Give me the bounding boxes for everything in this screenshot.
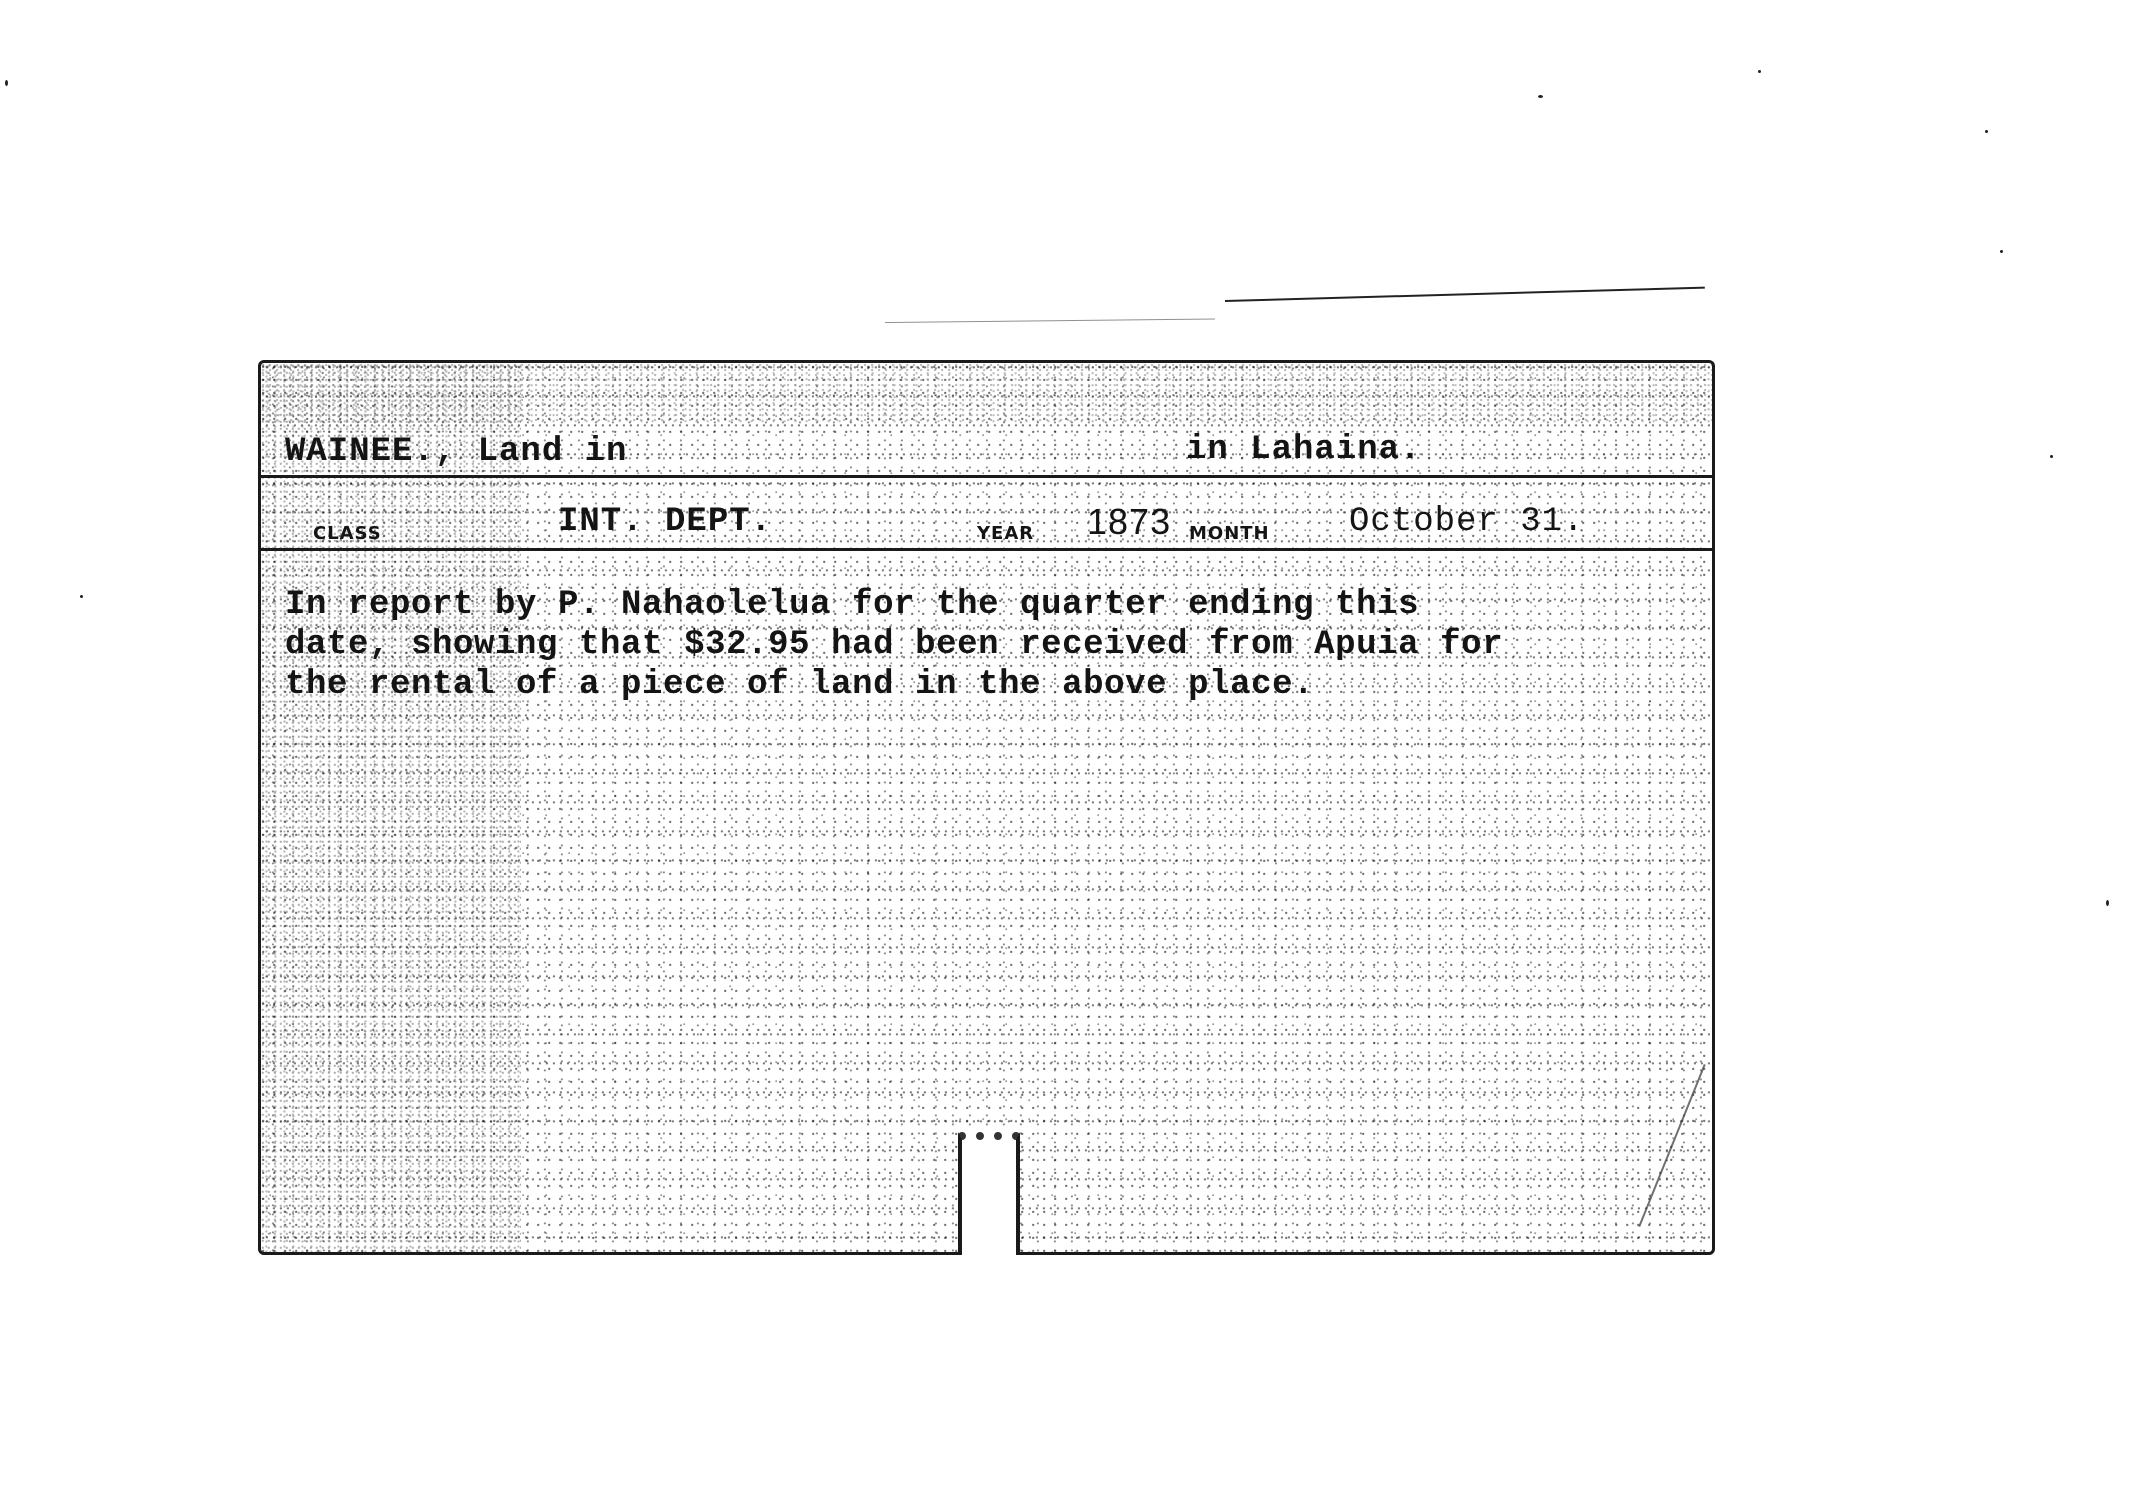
body-line: date, showing that $32.95 had been recei… [285,625,1695,665]
card-subject: WAINEE., Land in [285,433,627,471]
body-line: In report by P. Nahaolelua for the quart… [285,585,1695,625]
body-line: the rental of a piece of land in the abo… [285,665,1695,705]
scan-speck [2000,250,2003,253]
scan-artifact-line [885,319,1215,323]
scan-speck [2050,455,2053,458]
scan-speck [1538,95,1543,98]
scan-speck [2106,900,2109,906]
class-value: INT. DEPT. [558,503,772,541]
pen-scratch-mark [1638,1064,1705,1227]
card-location: in Lahaina. [1186,431,1421,469]
card-tab-notch [958,1132,1020,1255]
year-value: 1873 [1087,501,1171,543]
scan-speck [1758,70,1761,73]
index-card: WAINEE., Land in in Lahaina. CLASS INT. … [258,360,1715,1255]
card-body: In report by P. Nahaolelua for the quart… [285,585,1695,705]
scan-speck [1985,130,1988,133]
card-shading [261,363,1712,423]
scan-speck [5,80,8,86]
date-value: October 31. [1349,503,1584,541]
scan-artifact-line [1225,287,1705,302]
month-label: MONTH [1189,523,1270,544]
year-label: YEAR [977,523,1034,544]
fields-rule [261,548,1712,551]
class-label: CLASS [313,523,382,544]
card-shading [261,363,521,1252]
scan-speck [80,595,83,598]
header-rule [261,475,1712,478]
